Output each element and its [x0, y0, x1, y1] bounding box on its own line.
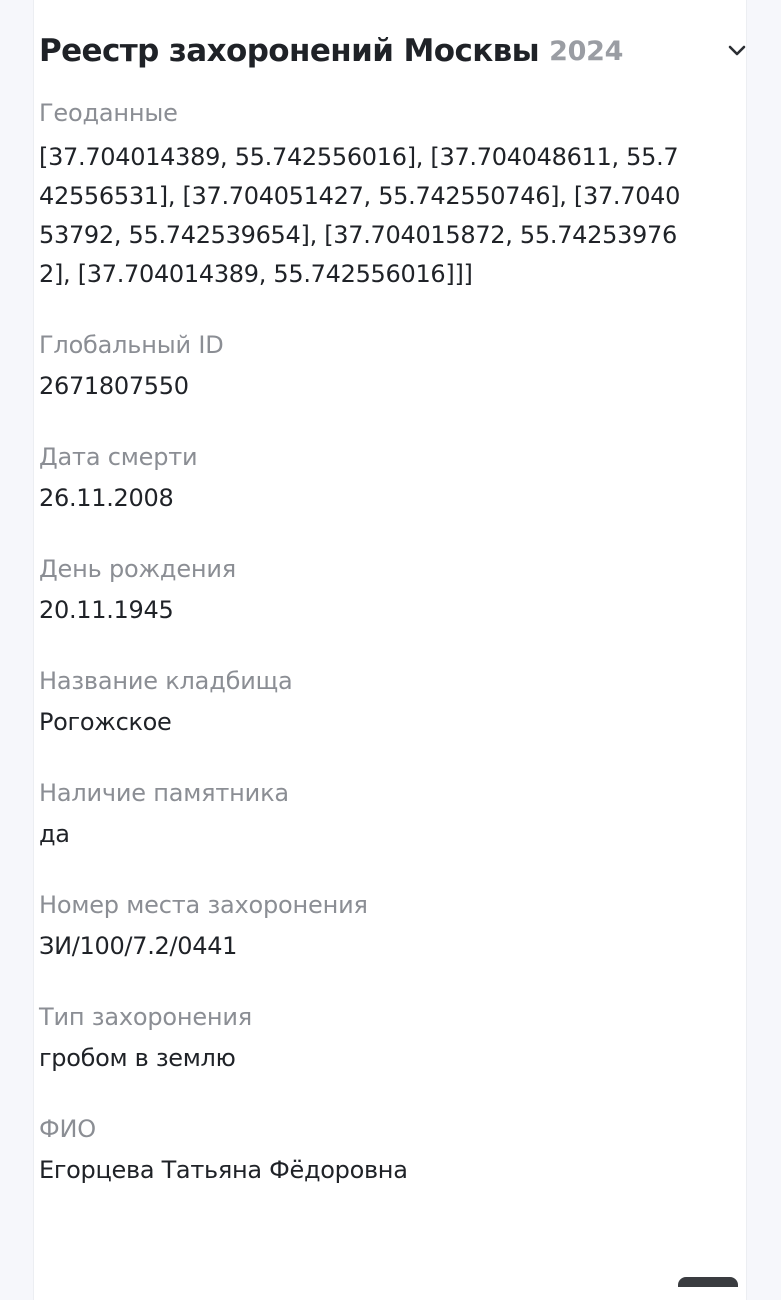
field-geodata: Геоданные [37.704014389, 55.742556016], …: [39, 96, 689, 294]
field-value: гробом в землю: [39, 1039, 689, 1078]
field-label: Тип захоронения: [39, 1000, 689, 1034]
record-fields: Геоданные [37.704014389, 55.742556016], …: [39, 96, 689, 1224]
field-value: 20.11.1945: [39, 591, 689, 630]
field-label: Наличие памятника: [39, 776, 689, 810]
field-value: [37.704014389, 55.742556016], [37.704048…: [39, 138, 689, 294]
field-label: Геоданные: [39, 96, 689, 130]
field-value: да: [39, 815, 689, 854]
field-death-date: Дата смерти 26.11.2008: [39, 440, 689, 518]
field-burial-type: Тип захоронения гробом в землю: [39, 1000, 689, 1078]
field-label: Номер места захоронения: [39, 888, 689, 922]
chevron-down-icon[interactable]: [723, 37, 751, 65]
field-value: 2671807550: [39, 367, 689, 406]
field-monument: Наличие памятника да: [39, 776, 689, 854]
field-label: День рождения: [39, 552, 689, 586]
field-label: Название кладбища: [39, 664, 689, 698]
field-plot-number: Номер места захоронения ЗИ/100/7.2/0441: [39, 888, 689, 966]
dataset-year: 2024: [549, 36, 623, 67]
field-birth-date: День рождения 20.11.1945: [39, 552, 689, 630]
field-full-name: ФИО Егорцева Татьяна Фёдоровна: [39, 1112, 689, 1190]
field-value: 26.11.2008: [39, 479, 689, 518]
field-label: ФИО: [39, 1112, 689, 1146]
field-value: Егорцева Татьяна Фёдоровна: [39, 1151, 689, 1190]
field-cemetery-name: Название кладбища Рогожское: [39, 664, 689, 742]
field-value: ЗИ/100/7.2/0441: [39, 927, 689, 966]
dataset-header[interactable]: Реестр захоронений Москвы 2024: [39, 29, 751, 73]
field-label: Дата смерти: [39, 440, 689, 474]
field-global-id: Глобальный ID 2671807550: [39, 328, 689, 406]
field-label: Глобальный ID: [39, 328, 689, 362]
dataset-title: Реестр захоронений Москвы: [39, 33, 539, 69]
field-value: Рогожское: [39, 703, 689, 742]
